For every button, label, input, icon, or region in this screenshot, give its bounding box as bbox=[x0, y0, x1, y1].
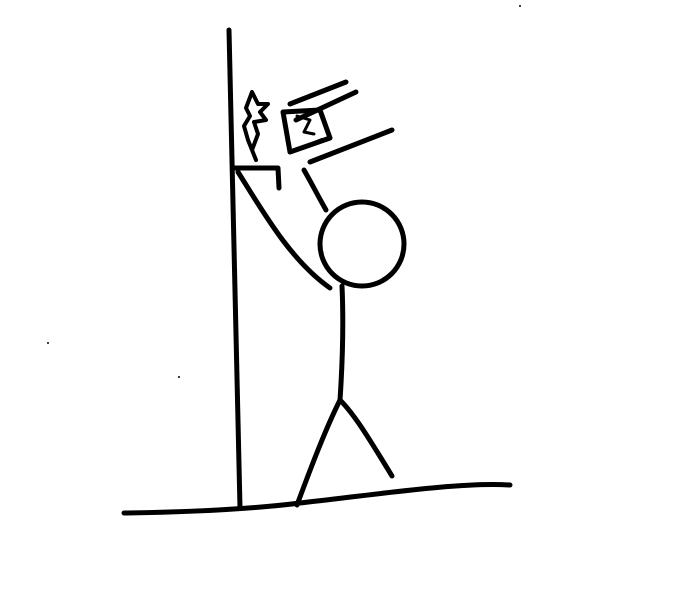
wall bbox=[229, 30, 240, 508]
burst-icon bbox=[244, 92, 268, 160]
sketch-canvas bbox=[0, 0, 680, 603]
speck bbox=[519, 5, 521, 7]
arm-upper bbox=[304, 170, 326, 210]
stick-figure-drawing bbox=[0, 0, 680, 603]
head bbox=[320, 202, 404, 286]
motion-line bbox=[308, 140, 322, 146]
leg-left bbox=[297, 400, 340, 505]
ground-line bbox=[124, 485, 510, 513]
speck bbox=[47, 342, 49, 344]
speck bbox=[178, 376, 180, 378]
body bbox=[340, 286, 343, 400]
leg-right bbox=[340, 400, 392, 476]
motion-line bbox=[310, 130, 392, 162]
